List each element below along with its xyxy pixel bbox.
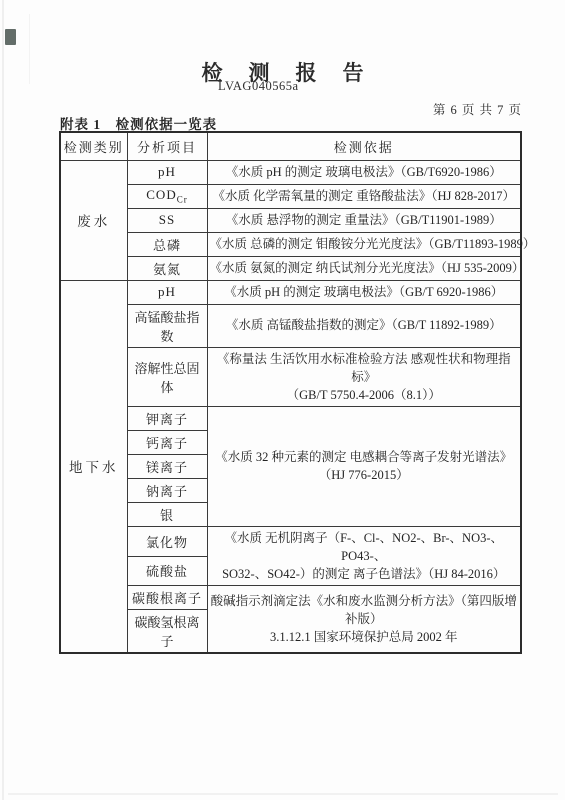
table-header-row: 检测类别 分析项目 检测依据 <box>60 132 521 160</box>
table-row: CODCr 《水质 化学需氧量的测定 重铬酸盐法》（HJ 828-2017） <box>60 184 521 208</box>
header-item: 分析项目 <box>127 132 207 160</box>
header-basis: 检测依据 <box>207 132 521 160</box>
basis-cell: 《水质 高锰酸盐指数的测定》（GB/T 11892-1989） <box>207 304 521 347</box>
item-cell: 银 <box>127 502 207 526</box>
item-label: 碳酸氢根离子 <box>134 615 199 649</box>
item-cell: 钠离子 <box>127 478 207 502</box>
table-row: 氨氮 《水质 氨氮的测定 纳氏试剂分光光度法》（HJ 535-2009） <box>60 256 521 280</box>
basis-cell: 《水质 32 种元素的测定 电感耦合等离子发射光谱法》 （HJ 776-2015… <box>207 406 521 526</box>
table-row: 溶解性总固体 《称量法 生活饮用水标准检验方法 感观性状和物理指标》 （GB/T… <box>60 347 521 406</box>
item-cell: 高锰酸盐指数 <box>127 304 207 347</box>
table-row: 废水 pH 《水质 pH 的测定 玻璃电极法》（GB/T6920-1986） <box>60 160 521 184</box>
table-row: 钾离子 《水质 32 种元素的测定 电感耦合等离子发射光谱法》 （HJ 776-… <box>60 406 521 430</box>
basis-line-1: 酸碱指示剂滴定法《水和废水监测分析方法》（第四版增补版） <box>210 592 519 628</box>
basis-cell: 《称量法 生活饮用水标准检验方法 感观性状和物理指标》 （GB/T 5750.4… <box>207 347 521 406</box>
basis-line-1: 《称量法 生活饮用水标准检验方法 感观性状和物理指标》 <box>210 350 519 386</box>
basis-line-2: SO32-、SO42-）的测定 离子色谱法》（HJ 84-2016） <box>210 565 519 583</box>
item-subscript: Cr <box>177 195 188 205</box>
page-number: 第 6 页 共 7 页 <box>433 100 522 118</box>
basis-line-1: 《水质 32 种元素的测定 电感耦合等离子发射光谱法》 <box>210 448 519 466</box>
scan-bottom-line <box>8 793 558 795</box>
item-label: 碳酸根离子 <box>132 591 202 606</box>
table-row: 地下水 pH 《水质 pH 的测定 玻璃电极法》（GB/T 6920-1986） <box>60 280 521 304</box>
item-label: COD <box>146 187 176 202</box>
basis-cell: 《水质 无机阴离子（F-、Cl-、NO2-、Br-、NO3-、PO43-、 SO… <box>207 526 521 585</box>
basis-table-wrap: 检测类别 分析项目 检测依据 废水 pH 《水质 pH 的测定 玻璃电极法》（G… <box>59 131 522 654</box>
scan-smudge <box>5 29 16 45</box>
item-cell: 硫酸盐 <box>127 556 207 586</box>
item-cell: 镁离子 <box>127 454 207 478</box>
report-number: LVAG040565a <box>218 79 299 94</box>
basis-line-2: （HJ 776-2015） <box>210 466 519 484</box>
item-cell: 钾离子 <box>127 406 207 430</box>
basis-table: 检测类别 分析项目 检测依据 废水 pH 《水质 pH 的测定 玻璃电极法》（G… <box>59 131 522 654</box>
report-page: 检测报告 LVAG040565a 第 6 页 共 7 页 附表 1 检测依据一览… <box>0 0 565 800</box>
table-row: 总磷 《水质 总磷的测定 钼酸铵分光光度法》（GB/T11893-1989） <box>60 232 521 256</box>
table-row: 高锰酸盐指数 《水质 高锰酸盐指数的测定》（GB/T 11892-1989） <box>60 304 521 347</box>
basis-cell: 《水质 pH 的测定 玻璃电极法》（GB/T 6920-1986） <box>207 280 521 304</box>
basis-cell: 《水质 化学需氧量的测定 重铬酸盐法》（HJ 828-2017） <box>207 184 521 208</box>
scan-edge-line <box>2 0 4 800</box>
basis-line-2: （GB/T 5750.4-2006（8.1）） <box>210 386 519 404</box>
item-cell: 氯化物 <box>127 526 207 556</box>
basis-cell: 酸碱指示剂滴定法《水和废水监测分析方法》（第四版增补版） 3.1.12.1 国家… <box>207 586 521 654</box>
basis-cell: 《水质 pH 的测定 玻璃电极法》（GB/T6920-1986） <box>207 160 521 184</box>
basis-cell: 《水质 氨氮的测定 纳氏试剂分光光度法》（HJ 535-2009） <box>207 256 521 280</box>
item-cell: 碳酸根离子 <box>127 586 207 610</box>
item-label: 溶解性总固体 <box>134 361 199 395</box>
category-cell: 地下水 <box>60 280 127 653</box>
item-label: 高锰酸盐指数 <box>134 310 199 344</box>
item-cell: 总磷 <box>127 232 207 256</box>
basis-line-2: 3.1.12.1 国家环境保护总局 2002 年 <box>210 628 519 646</box>
item-cell: 碳酸氢根离子 <box>127 610 207 654</box>
basis-line-1: 《水质 无机阴离子（F-、Cl-、NO2-、Br-、NO3-、PO43-、 <box>210 529 519 565</box>
table-row: 氯化物 《水质 无机阴离子（F-、Cl-、NO2-、Br-、NO3-、PO43-… <box>60 526 521 556</box>
item-cell: SS <box>127 208 207 232</box>
item-cell: 溶解性总固体 <box>127 347 207 406</box>
table-row: 碳酸根离子 酸碱指示剂滴定法《水和废水监测分析方法》（第四版增补版） 3.1.1… <box>60 586 521 610</box>
item-cell: CODCr <box>127 184 207 208</box>
table-row: SS 《水质 悬浮物的测定 重量法》（GB/T11901-1989） <box>60 208 521 232</box>
basis-cell: 《水质 悬浮物的测定 重量法》（GB/T11901-1989） <box>207 208 521 232</box>
header-category: 检测类别 <box>60 132 127 160</box>
category-cell: 废水 <box>60 160 127 280</box>
table-caption: 附表 1 检测依据一览表 <box>60 113 217 133</box>
item-cell: 氨氮 <box>127 256 207 280</box>
basis-cell: 《水质 总磷的测定 钼酸铵分光光度法》（GB/T11893-1989） <box>207 232 521 256</box>
item-cell: 钙离子 <box>127 430 207 454</box>
item-cell: pH <box>127 280 207 304</box>
item-cell: pH <box>127 160 207 184</box>
